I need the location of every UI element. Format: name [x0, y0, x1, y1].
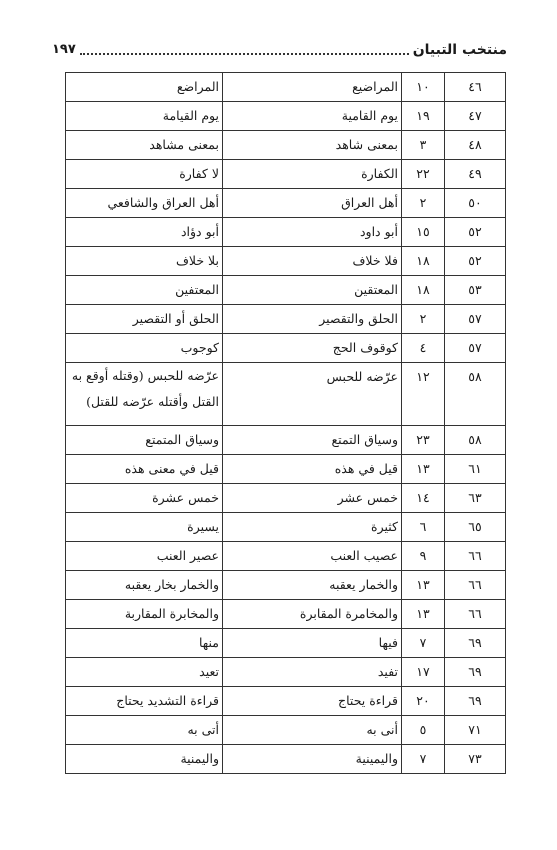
errata-table: ٤٦١٠المراضيعالمراضع٤٧١٩يوم القاميةيوم ال… — [65, 72, 506, 774]
page-cell: ٦٩ — [445, 658, 506, 687]
table-row: ٦٦١٣والمخامرة المقابرةوالمخابرة المقاربة — [66, 600, 506, 629]
line-cell: ١٨ — [402, 247, 445, 276]
line-cell: ٥ — [402, 716, 445, 745]
table-row: ٤٨٣بمعنى شاهدبمعنى مشاهد — [66, 131, 506, 160]
correct-text-cell: كوجوب — [66, 334, 223, 363]
correct-text-cell: قراءة التشديد يحتاج — [66, 687, 223, 716]
correct-text-cell: تعيد — [66, 658, 223, 687]
line-cell: ٢٣ — [402, 426, 445, 455]
line-cell: ٢٠ — [402, 687, 445, 716]
line-cell: ٧ — [402, 629, 445, 658]
correct-text-cell: يسيرة — [66, 513, 223, 542]
line-cell: ١٩ — [402, 102, 445, 131]
page-cell: ٦٦ — [445, 571, 506, 600]
correct-text-cell: المراضع — [66, 73, 223, 102]
line-cell: ٢٢ — [402, 160, 445, 189]
line-cell: ١٥ — [402, 218, 445, 247]
page-cell: ٥٨ — [445, 426, 506, 455]
leader-dots — [80, 53, 409, 55]
page-cell: ٥٨ — [445, 363, 506, 426]
wrong-text-cell: يوم القامية — [223, 102, 402, 131]
line-cell: ١٣ — [402, 455, 445, 484]
correct-text-cell: والمخابرة المقاربة — [66, 600, 223, 629]
wrong-text-cell: والخمار يعقبه — [223, 571, 402, 600]
table-row: ٥٧٢الحلق والتقصيرالحلق أو التقصير — [66, 305, 506, 334]
wrong-text-cell: المعتقين — [223, 276, 402, 305]
page-cell: ٤٨ — [445, 131, 506, 160]
page-cell: ٦٩ — [445, 687, 506, 716]
line-cell: ١٣ — [402, 571, 445, 600]
line-cell: ٩ — [402, 542, 445, 571]
errata-table-body: ٤٦١٠المراضيعالمراضع٤٧١٩يوم القاميةيوم ال… — [66, 73, 506, 774]
page-cell: ٦٣ — [445, 484, 506, 513]
table-row: ٦٩٢٠قراءة يحتاجقراءة التشديد يحتاج — [66, 687, 506, 716]
page-cell: ٧٣ — [445, 745, 506, 774]
line-cell: ١٧ — [402, 658, 445, 687]
page-cell: ٦٥ — [445, 513, 506, 542]
table-row: ٧٣٧واليمينيةواليمنية — [66, 745, 506, 774]
line-cell: ١٤ — [402, 484, 445, 513]
line-cell: ٤ — [402, 334, 445, 363]
table-row: ٥٠٢أهل العراقأهل العراق والشافعي — [66, 189, 506, 218]
line-cell: ٣ — [402, 131, 445, 160]
page-cell: ٦١ — [445, 455, 506, 484]
page-cell: ٥٧ — [445, 334, 506, 363]
table-row: ٤٦١٠المراضيعالمراضع — [66, 73, 506, 102]
wrong-text-cell: فيها — [223, 629, 402, 658]
table-row: ٥٢١٨فلا خلافبلا خلاف — [66, 247, 506, 276]
correct-text-cell: بمعنى مشاهد — [66, 131, 223, 160]
line-cell: ١٨ — [402, 276, 445, 305]
table-row: ٤٩٢٢الكفارةلا كفارة — [66, 160, 506, 189]
wrong-text-cell: كوقوف الحج — [223, 334, 402, 363]
correct-text-cell: أهل العراق والشافعي — [66, 189, 223, 218]
wrong-text-cell: قيل في هذه — [223, 455, 402, 484]
page-cell: ٥٢ — [445, 218, 506, 247]
page-header: منتخب التبيان ١٩٧ — [52, 38, 507, 58]
wrong-text-cell: والمخامرة المقابرة — [223, 600, 402, 629]
correct-text-cell: عرّضه للحبس (وقتله أوقع به القتل وأقتله … — [66, 363, 223, 426]
page-cell: ٤٦ — [445, 73, 506, 102]
correct-text-cell: قيل في معنى هذه — [66, 455, 223, 484]
wrong-text-cell: أهل العراق — [223, 189, 402, 218]
table-row: ٥٢١٥أبو داودأبو دؤاد — [66, 218, 506, 247]
correct-text-cell: الحلق أو التقصير — [66, 305, 223, 334]
wrong-text-cell: فلا خلاف — [223, 247, 402, 276]
table-row: ٦٥٦كثيرةيسيرة — [66, 513, 506, 542]
line-cell: ٧ — [402, 745, 445, 774]
page-cell: ٥٧ — [445, 305, 506, 334]
correct-text-cell: واليمنية — [66, 745, 223, 774]
table-row: ٧١٥أنى بهأتى به — [66, 716, 506, 745]
wrong-text-cell: قراءة يحتاج — [223, 687, 402, 716]
line-cell: ١٠ — [402, 73, 445, 102]
line-cell: ١٣ — [402, 600, 445, 629]
page-cell: ٥٢ — [445, 247, 506, 276]
correct-text-cell: المعتفين — [66, 276, 223, 305]
page-number: ١٩٧ — [52, 42, 76, 58]
correct-text-cell: خمس عشرة — [66, 484, 223, 513]
correct-text-cell: والخمار بخار يعقبه — [66, 571, 223, 600]
correct-text-cell: منها — [66, 629, 223, 658]
wrong-text-cell: تفيد — [223, 658, 402, 687]
wrong-text-cell: الكفارة — [223, 160, 402, 189]
page-cell: ٦٦ — [445, 600, 506, 629]
table-row: ٥٨٢٣وسياق التمتعوسياق المتمتع — [66, 426, 506, 455]
table-row: ٦٣١٤خمس عشرخمس عشرة — [66, 484, 506, 513]
wrong-text-cell: أنى به — [223, 716, 402, 745]
wrong-text-cell: عصيب العنب — [223, 542, 402, 571]
wrong-text-cell: عرّضه للحبس — [223, 363, 402, 426]
table-row: ٥٨١٢عرّضه للحبسعرّضه للحبس (وقتله أوقع ب… — [66, 363, 506, 426]
correct-text-cell: وسياق المتمتع — [66, 426, 223, 455]
wrong-text-cell: خمس عشر — [223, 484, 402, 513]
table-row: ٦٩٧فيهامنها — [66, 629, 506, 658]
wrong-text-cell: بمعنى شاهد — [223, 131, 402, 160]
book-title: منتخب التبيان — [413, 42, 507, 58]
table-row: ٦١١٣قيل في هذهقيل في معنى هذه — [66, 455, 506, 484]
line-cell: ٢ — [402, 189, 445, 218]
line-cell: ٦ — [402, 513, 445, 542]
table-row: ٦٦١٣والخمار يعقبهوالخمار بخار يعقبه — [66, 571, 506, 600]
page-cell: ٥٣ — [445, 276, 506, 305]
page-cell: ٤٧ — [445, 102, 506, 131]
wrong-text-cell: المراضيع — [223, 73, 402, 102]
wrong-text-cell: واليمينية — [223, 745, 402, 774]
wrong-text-cell: وسياق التمتع — [223, 426, 402, 455]
wrong-text-cell: أبو داود — [223, 218, 402, 247]
table-row: ٦٩١٧تفيدتعيد — [66, 658, 506, 687]
table-row: ٦٦٩عصيب العنبعصير العنب — [66, 542, 506, 571]
wrong-text-cell: الحلق والتقصير — [223, 305, 402, 334]
correct-text-cell: أبو دؤاد — [66, 218, 223, 247]
table-row: ٥٣١٨المعتقينالمعتفين — [66, 276, 506, 305]
wrong-text-cell: كثيرة — [223, 513, 402, 542]
line-cell: ٢ — [402, 305, 445, 334]
page-cell: ٦٦ — [445, 542, 506, 571]
page-cell: ٧١ — [445, 716, 506, 745]
line-cell: ١٢ — [402, 363, 445, 426]
correct-text-cell: بلا خلاف — [66, 247, 223, 276]
correct-text-cell: أتى به — [66, 716, 223, 745]
correct-text-cell: عصير العنب — [66, 542, 223, 571]
page-cell: ٦٩ — [445, 629, 506, 658]
page-cell: ٥٠ — [445, 189, 506, 218]
table-row: ٤٧١٩يوم القاميةيوم القيامة — [66, 102, 506, 131]
correct-text-cell: يوم القيامة — [66, 102, 223, 131]
page-cell: ٤٩ — [445, 160, 506, 189]
table-row: ٥٧٤كوقوف الحجكوجوب — [66, 334, 506, 363]
correct-text-cell: لا كفارة — [66, 160, 223, 189]
